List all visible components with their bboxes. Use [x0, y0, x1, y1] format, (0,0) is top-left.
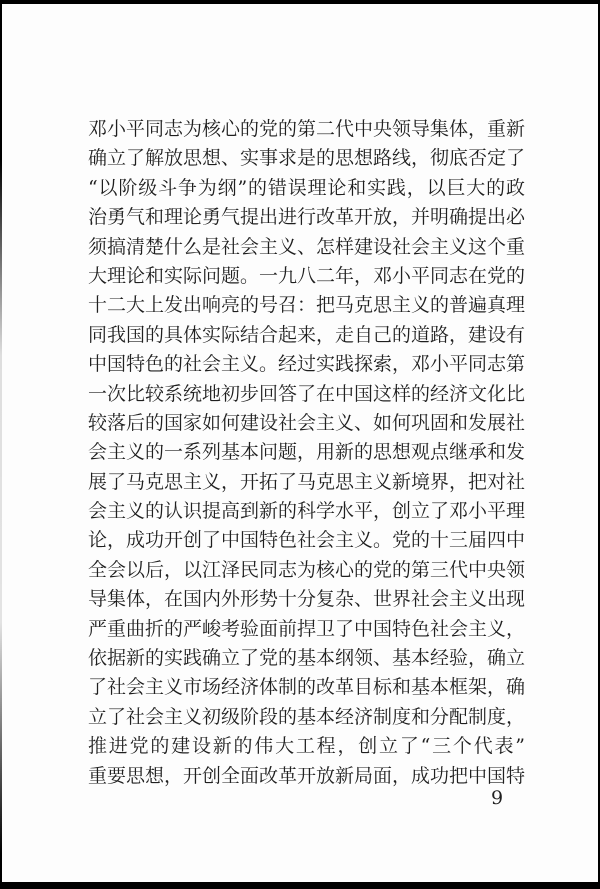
- text-line: 导集体，在国内外形势十分复杂、世界社会主义出现: [88, 585, 525, 614]
- text-line: 一次比较系统地初步回答了在中国这样的经济文化比: [88, 380, 525, 409]
- text-line: 较落后的国家如何建设社会主义、如何巩固和发展社: [88, 409, 525, 438]
- text-line: 依据新的实践确立了党的基本纲领、基本经验，确立: [88, 644, 525, 673]
- text-line: 邓小平同志为核心的党的第二代中央领导集体，重新: [88, 115, 525, 144]
- text-line: 立了社会主义初级阶段的基本经济制度和分配制度，: [88, 703, 525, 732]
- text-line: 同我国的具体实际结合起来，走自己的道路，建设有: [88, 321, 525, 350]
- text-line: 治勇气和理论勇气提出进行改革开放，并明确提出必: [88, 203, 525, 232]
- text-line: 十二大上发出响亮的号召：把马克思主义的普遍真理: [88, 291, 525, 320]
- page-number: 9: [465, 787, 529, 809]
- scan-edge-bottom: [0, 882, 600, 889]
- text-line: 会主义的一系列基本问题，用新的思想观点继承和发: [88, 438, 525, 467]
- text-line: “以阶级斗争为纲”的错误理论和实践，以巨大的政: [88, 174, 525, 203]
- text-line: 大理论和实际问题。一九八二年，邓小平同志在党的: [88, 262, 525, 291]
- text-line: 确立了解放思想、实事求是的思想路线，彻底否定了: [88, 144, 525, 173]
- text-line: 会主义的认识提高到新的科学水平，创立了邓小平理: [88, 497, 525, 526]
- text-line: 论，成功开创了中国特色社会主义。党的十三届四中: [88, 526, 525, 555]
- scanned-page: 邓小平同志为核心的党的第二代中央领导集体，重新 确立了解放思想、实事求是的思想路…: [0, 0, 600, 889]
- text-line: 展了马克思主义，开拓了马克思主义新境界，把对社: [88, 468, 525, 497]
- text-line: 推进党的建设新的伟大工程，创立了“三个代表”: [88, 732, 525, 761]
- scan-edge-left: [0, 0, 2, 889]
- text-line: 中国特色的社会主义。经过实践探索，邓小平同志第: [88, 350, 525, 379]
- scan-edge-top: [0, 0, 600, 4]
- text-line: 全会以后，以江泽民同志为核心的党的第三代中央领: [88, 556, 525, 585]
- body-text: 邓小平同志为核心的党的第二代中央领导集体，重新 确立了解放思想、实事求是的思想路…: [88, 115, 525, 791]
- text-line: 严重曲折的严峻考验面前捍卫了中国特色社会主义，: [88, 615, 525, 644]
- text-line: 重要思想，开创全面改革开放新局面，成功把中国特: [88, 762, 525, 791]
- text-line: 了社会主义市场经济体制的改革目标和基本框架，确: [88, 673, 525, 702]
- text-line: 须搞清楚什么是社会主义、怎样建设社会主义这个重: [88, 233, 525, 262]
